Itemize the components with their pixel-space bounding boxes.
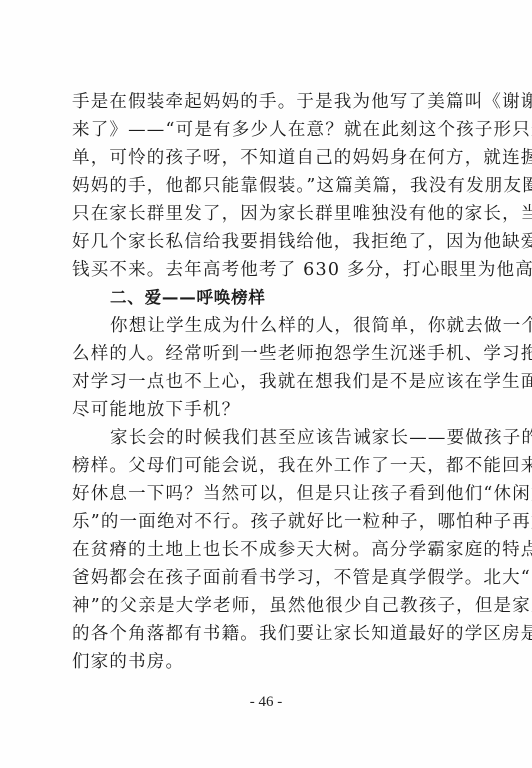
paragraph-line: 尽可能地放下手机？ — [72, 396, 464, 424]
paragraph-line: 榜样。父母们可能会说，我在外工作了一天，都不能回来好 — [72, 452, 464, 480]
paragraph-line: 们家的书房。 — [72, 648, 464, 676]
paragraph-line: 手是在假装牵起妈妈的手。于是我为他写了美篇叫《谢谢你 — [72, 88, 464, 116]
paragraph-line: 的各个角落都有书籍。我们要让家长知道最好的学区房是他 — [72, 620, 464, 648]
paragraph-line: 好休息一下吗？当然可以，但是只让孩子看到他们“休闲娱 — [72, 480, 464, 508]
paragraph-line: 对学习一点也不上心，我就在想我们是不是应该在学生面前 — [72, 368, 464, 396]
paragraph-line: 妈妈的手，他都只能靠假装。”这篇美篇，我没有发朋友圈， — [72, 172, 464, 200]
paragraph-first-line: 家长会的时候我们甚至应该告诫家长——要做孩子的 — [72, 424, 464, 452]
paragraph-line: 在贫瘠的土地上也长不成参天大树。高分学霸家庭的特点： — [72, 536, 464, 564]
paragraph-line: 乐”的一面绝对不行。孩子就好比一粒种子，哪怕种子再好， — [72, 508, 464, 536]
paragraph-line: 好几个家长私信给我要捐钱给他，我拒绝了，因为他缺爱， — [72, 228, 464, 256]
body-text: 手是在假装牵起妈妈的手。于是我为他写了美篇叫《谢谢你 来了》——“可是有多少人在… — [72, 88, 464, 676]
paragraph-first-line: 你想让学生成为什么样的人，很简单，你就去做一个什 — [72, 312, 464, 340]
paragraph-line: 神”的父亲是大学老师，虽然他很少自己教孩子，但是家里 — [72, 592, 464, 620]
paragraph-line: 来了》——“可是有多少人在意？就在此刻这个孩子形只影 — [72, 116, 464, 144]
paragraph-line: 只在家长群里发了，因为家长群里唯独没有他的家长，当时 — [72, 200, 464, 228]
paragraph-line: 爸妈都会在孩子面前看书学习，不管是真学假学。北大“韦 — [72, 564, 464, 592]
document-page: 手是在假装牵起妈妈的手。于是我为他写了美篇叫《谢谢你 来了》——“可是有多少人在… — [0, 0, 532, 768]
section-heading: 二、爱——呼唤榜样 — [72, 284, 464, 312]
paragraph-line: 么样的人。经常听到一些老师抱怨学生沉迷手机、学习拖拉， — [72, 340, 464, 368]
paragraph-line: 单，可怜的孩子呀，不知道自己的妈妈身在何方，就连握起 — [72, 144, 464, 172]
page-number: - 46 - — [0, 694, 532, 711]
paragraph-line: 钱买不来。去年高考他考了 630 多分，打心眼里为他高兴！ — [72, 256, 464, 284]
